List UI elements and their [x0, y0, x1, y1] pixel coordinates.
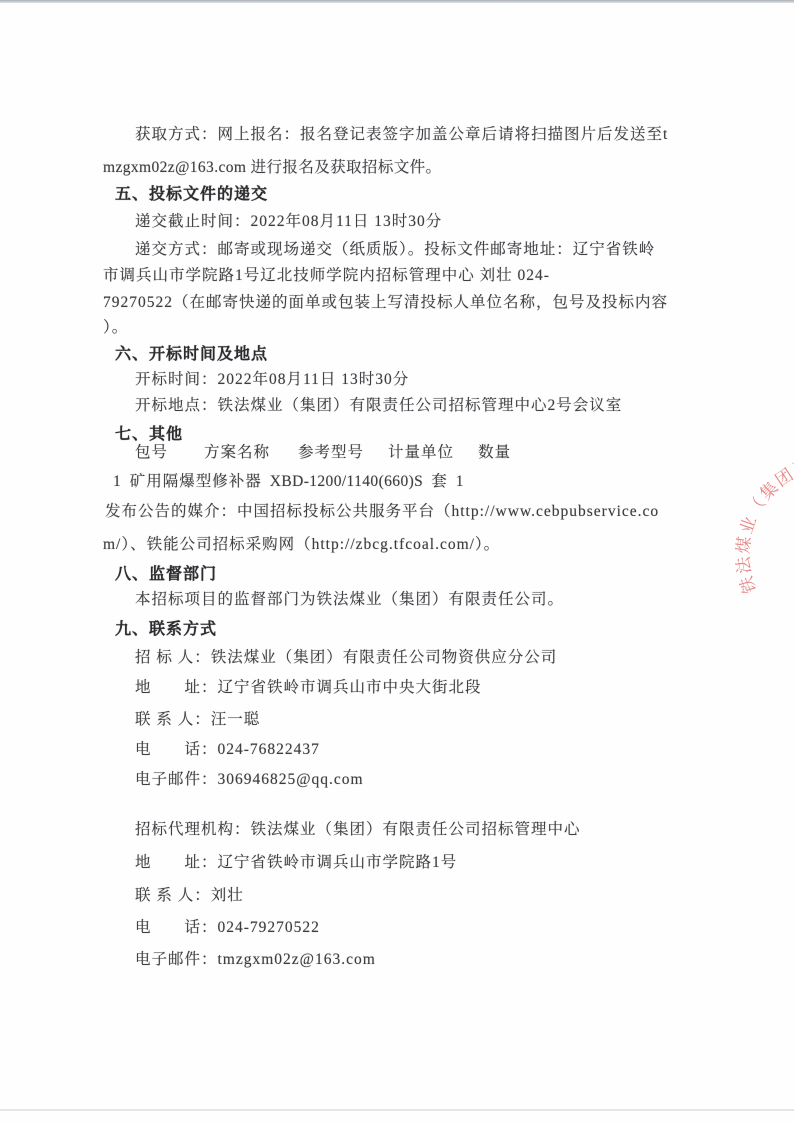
col-header-ref-model: 参考型号 [298, 443, 364, 463]
section-heading-other: 七、其他 [115, 425, 183, 445]
contact-agent-address: 地 址：辽宁省铁岭市调兵山市学院路1号 [135, 853, 457, 873]
doc-line-media-2: m/）、铁能公司招标采购网（http://zbcg.tfcoal.com/）。 [103, 535, 500, 555]
table-header-row: 包号方案名称参考型号计量单位数量 [135, 443, 511, 463]
doc-line-deadline: 递交截止时间：2022年08月11日 13时30分 [135, 212, 442, 232]
cell-ref-model: XBD-1200/1140(660)S [270, 472, 423, 492]
doc-line-supervision-body: 本招标项目的监督部门为铁法煤业（集团）有限责任公司。 [135, 590, 564, 610]
doc-line-acquisition-1: 获取方式：网上报名：报名登记表签字加盖公章后请将扫描图片后发送至t [135, 125, 668, 145]
doc-line-method-1: 递交方式：邮寄或现场递交（纸质版）。投标文件邮寄地址：辽宁省铁岭 [135, 240, 655, 260]
section-heading-submission: 五、投标文件的递交 [115, 185, 268, 205]
scan-edge-top [0, 0, 794, 3]
contact-tenderer-email: 电子邮件：306946825@qq.com [135, 770, 364, 790]
company-seal-stamp: 铁法煤业（集团）有限责任公司 招标专用章 [667, 385, 794, 725]
scan-edge-bottom [0, 1109, 794, 1111]
doc-line-method-2: 市调兵山市学院路1号辽北技师学院内招标管理中心 刘壮 024- [103, 266, 550, 286]
doc-line-open-time: 开标时间：2022年08月11日 13时30分 [135, 370, 409, 390]
section-heading-contact: 九、联系方式 [115, 620, 217, 640]
doc-line-method-3: 79270522（在邮寄快递的面单或包装上写清投标人单位名称，包号及投标内容 [103, 293, 668, 313]
cell-quantity: 1 [456, 472, 465, 492]
col-header-package-no: 包号 [135, 443, 168, 463]
scanned-document-page: 获取方式：网上报名：报名登记表签字加盖公章后请将扫描图片后发送至t mzgxm0… [0, 0, 794, 1123]
doc-line-media-1: 发布公告的媒介：中国招标投标公共服务平台（http://www.cebpubse… [105, 502, 659, 522]
section-heading-bid-opening: 六、开标时间及地点 [115, 345, 268, 365]
col-header-unit: 计量单位 [388, 443, 454, 463]
doc-line-method-4: ）。 [103, 318, 128, 338]
contact-tenderer-person: 联 系 人：汪一聪 [135, 710, 260, 730]
seal-arc-text: 铁法煤业（集团）有限责任公司 [695, 411, 794, 618]
doc-line-open-place: 开标地点：铁法煤业（集团）有限责任公司招标管理中心2号会议室 [135, 396, 622, 416]
contact-agent-email: 电子邮件：tmzgxm02z@163.com [135, 950, 376, 970]
contact-tenderer-name: 招 标 人：铁法煤业（集团）有限责任公司物资供应分公司 [135, 648, 557, 668]
col-header-scheme-name: 方案名称 [204, 443, 270, 463]
table-row: 1矿用隔爆型修补器XBD-1200/1140(660)S套1 [113, 472, 464, 492]
col-header-quantity: 数量 [478, 443, 511, 463]
contact-agent-name: 招标代理机构：铁法煤业（集团）有限责任公司招标管理中心 [135, 820, 581, 840]
contact-agent-person: 联 系 人：刘壮 [135, 886, 244, 906]
contact-agent-phone: 电 话：024-79270522 [135, 918, 320, 938]
cell-package-no: 1 [113, 472, 122, 492]
cell-unit: 套 [431, 472, 448, 492]
contact-tenderer-phone: 电 话：024-76822437 [135, 740, 320, 760]
doc-line-acquisition-2: mzgxm02z@163.com 进行报名及获取招标文件。 [103, 158, 441, 178]
section-heading-supervision: 八、监督部门 [115, 565, 217, 585]
contact-tenderer-address: 地 址：辽宁省铁岭市调兵山市中央大街北段 [135, 678, 482, 698]
cell-scheme-name: 矿用隔爆型修补器 [130, 472, 262, 492]
